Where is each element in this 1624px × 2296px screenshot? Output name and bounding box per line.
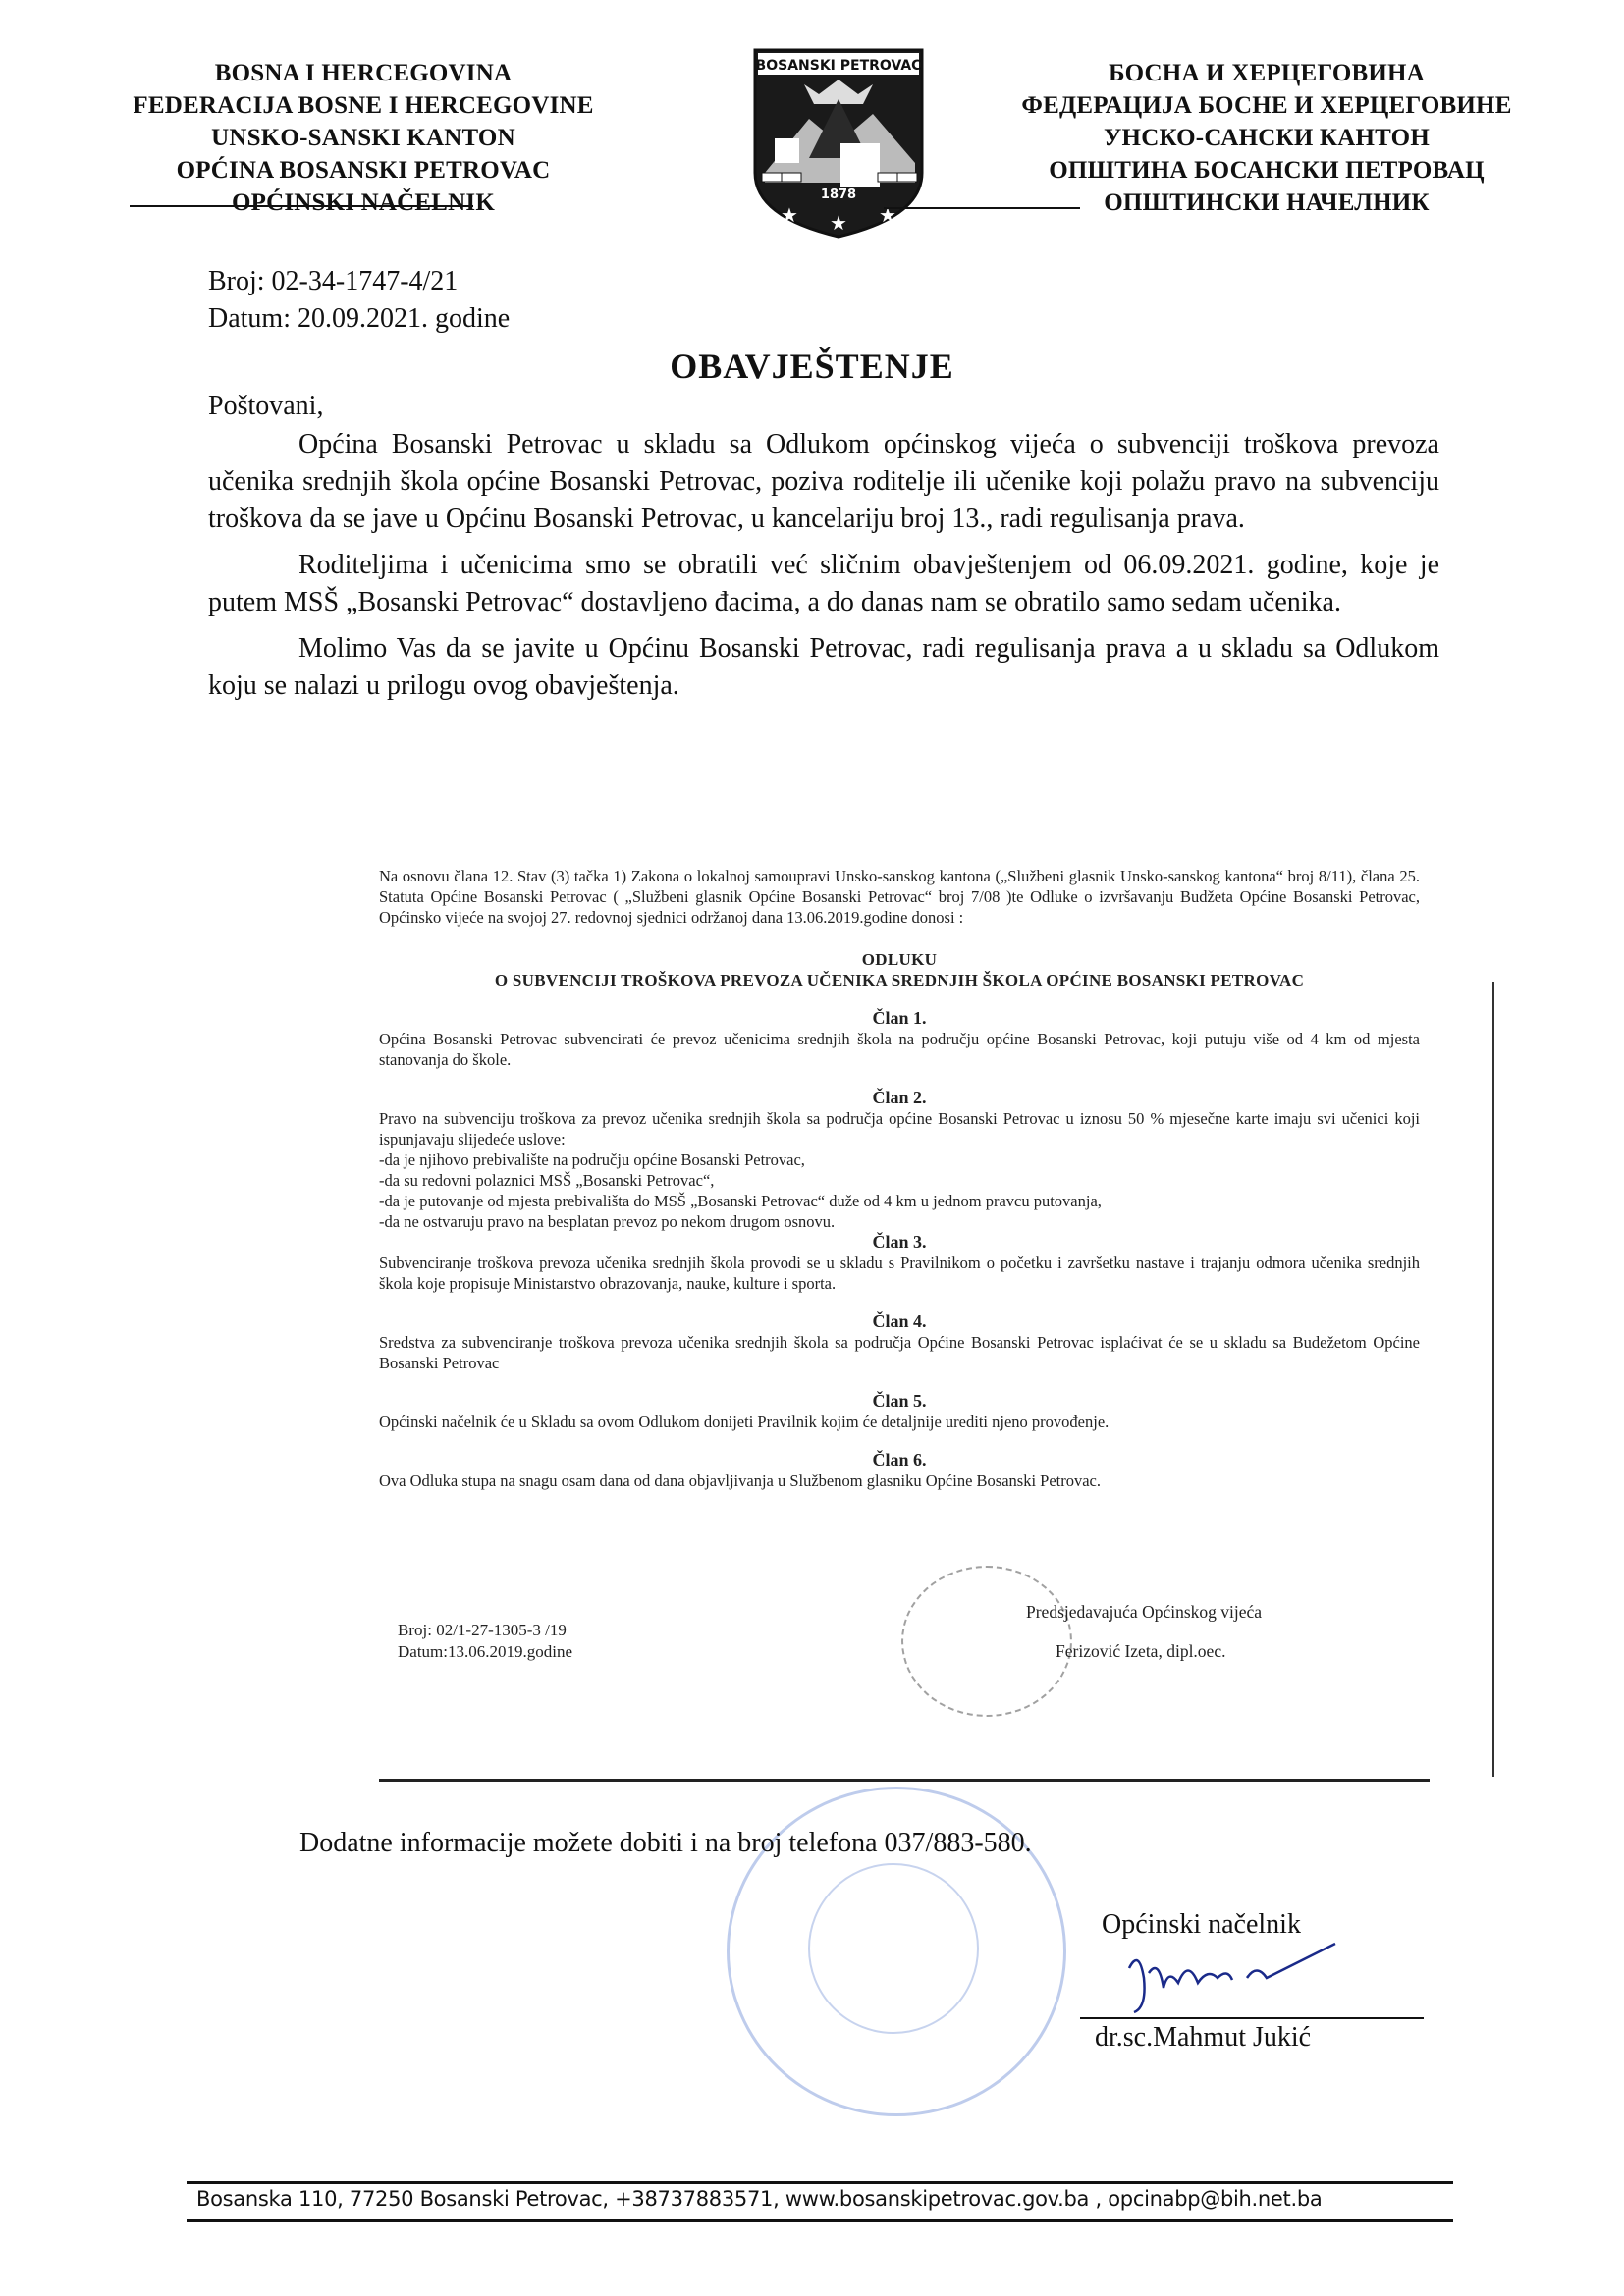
article-heading: Član 3. bbox=[379, 1232, 1420, 1253]
article-text: Općinski načelnik će u Skladu sa ovom Od… bbox=[379, 1412, 1420, 1432]
decision-meta: Broj: 02/1-27-1305-3 /19 Datum:13.06.201… bbox=[398, 1620, 572, 1663]
header-right-line: ОПШТИНСКИ НАЧЕЛНИК bbox=[987, 187, 1546, 219]
svg-text:★: ★ bbox=[781, 203, 798, 227]
decision-date: Datum:13.06.2019.godine bbox=[398, 1641, 572, 1663]
paragraph: Molimo Vas da se javite u Općinu Bosansk… bbox=[208, 630, 1439, 705]
article-text: Ova Odluka stupa na snagu osam dana od d… bbox=[379, 1470, 1420, 1491]
footer-bottom-rule bbox=[187, 2219, 1453, 2222]
article-text: -da su redovni polaznici MSŠ „Bosanski P… bbox=[379, 1170, 1420, 1191]
document-number: Broj: 02-34-1747-4/21 bbox=[208, 263, 510, 300]
chair-title: Predsjedavajuća Općinskog vijeća bbox=[1026, 1592, 1262, 1631]
header-right: БОСНА И ХЕРЦЕГОВИНА ФЕДЕРАЦИЈА БОСНЕ И Х… bbox=[987, 57, 1546, 219]
header-left-line: BOSNA I HERCEGOVINA bbox=[98, 57, 628, 89]
document-meta: Broj: 02-34-1747-4/21 Datum: 20.09.2021.… bbox=[208, 263, 510, 338]
greeting: Poštovani, bbox=[208, 391, 323, 422]
header-left-line: OPĆINSKI NAČELNIK bbox=[98, 187, 628, 219]
article-text: Subvenciranje troškova prevoza učenika s… bbox=[379, 1253, 1420, 1294]
article-heading: Član 4. bbox=[379, 1311, 1420, 1332]
header-left-line: UNSKO-SANSKI KANTON bbox=[98, 122, 628, 154]
article-heading: Član 6. bbox=[379, 1450, 1420, 1470]
footer-contact: Bosanska 110, 77250 Bosanski Petrovac, +… bbox=[196, 2187, 1322, 2211]
signature-line bbox=[1080, 2017, 1424, 2019]
article-text: Pravo na subvenciju troškova za prevoz u… bbox=[379, 1108, 1420, 1149]
article-heading: Član 1. bbox=[379, 1008, 1420, 1029]
scan-edge-line bbox=[1492, 982, 1494, 1777]
decision-preamble: Na osnovu člana 12. Stav (3) tačka 1) Za… bbox=[379, 866, 1420, 928]
svg-text:★: ★ bbox=[830, 211, 847, 235]
decision-subtitle: O SUBVENCIJI TROŠKOVA PREVOZA UČENIKA SR… bbox=[379, 970, 1420, 990]
article-text: -da je njihovo prebivalište na području … bbox=[379, 1149, 1420, 1170]
contact-info: Dodatne informacije možete dobiti i na b… bbox=[299, 1828, 1032, 1859]
signatory-title: Općinski načelnik bbox=[1102, 1909, 1301, 1941]
notice-body: Općina Bosanski Petrovac u skladu sa Odl… bbox=[208, 426, 1439, 714]
article-text: -da ne ostvaruju pravo na besplatan prev… bbox=[379, 1211, 1420, 1232]
decision-number: Broj: 02/1-27-1305-3 /19 bbox=[398, 1620, 572, 1641]
article-text: Općina Bosanski Petrovac subvencirati će… bbox=[379, 1029, 1420, 1070]
decision-document: Na osnovu člana 12. Stav (3) tačka 1) Za… bbox=[379, 866, 1420, 1491]
chair-name: Ferizović Izeta, dipl.oec. bbox=[1056, 1631, 1262, 1671]
svg-text:1878: 1878 bbox=[821, 187, 856, 202]
header-right-line: БОСНА И ХЕРЦЕГОВИНА bbox=[987, 57, 1546, 89]
header-left-rule bbox=[130, 205, 473, 207]
header-right-line: ОПШТИНА БОСАНСКИ ПЕТРОВАЦ bbox=[987, 154, 1546, 187]
article-text: -da je putovanje od mjesta prebivališta … bbox=[379, 1191, 1420, 1211]
article-heading: Član 5. bbox=[379, 1391, 1420, 1412]
coat-of-arms-icon: BOSANSKI PETROVAC 1878 ★★★ bbox=[750, 45, 927, 241]
document-date: Datum: 20.09.2021. godine bbox=[208, 300, 510, 338]
header-right-line: ФЕДЕРАЦИЈА БОСНЕ И ХЕРЦЕГОВИНЕ bbox=[987, 89, 1546, 122]
header-right-line: УНСКО-САНСКИ КАНТОН bbox=[987, 122, 1546, 154]
paragraph: Općina Bosanski Petrovac u skladu sa Odl… bbox=[208, 426, 1439, 538]
signatory-name: dr.sc.Mahmut Jukić bbox=[1095, 2022, 1311, 2054]
document-title: OBAVJEŠTENJE bbox=[0, 346, 1624, 387]
svg-text:BOSANSKI PETROVAC: BOSANSKI PETROVAC bbox=[756, 58, 922, 74]
header-right-rule bbox=[884, 207, 1080, 209]
decision-divider bbox=[379, 1779, 1430, 1782]
signature-icon bbox=[1110, 1939, 1365, 2017]
header-left: BOSNA I HERCEGOVINA FEDERACIJA BOSNE I H… bbox=[98, 57, 628, 219]
footer-top-rule bbox=[187, 2181, 1453, 2184]
decision-title: ODLUKU bbox=[379, 949, 1420, 970]
council-chair: Predsjedavajuća Općinskog vijeća Ferizov… bbox=[1026, 1592, 1262, 1671]
paragraph: Roditeljima i učenicima smo se obratili … bbox=[208, 547, 1439, 621]
article-text: Sredstva za subvenciranje troškova prevo… bbox=[379, 1332, 1420, 1373]
header-left-line: FEDERACIJA BOSNE I HERCEGOVINE bbox=[98, 89, 628, 122]
article-heading: Član 2. bbox=[379, 1088, 1420, 1108]
header-left-line: OPĆINA BOSANSKI PETROVAC bbox=[98, 154, 628, 187]
